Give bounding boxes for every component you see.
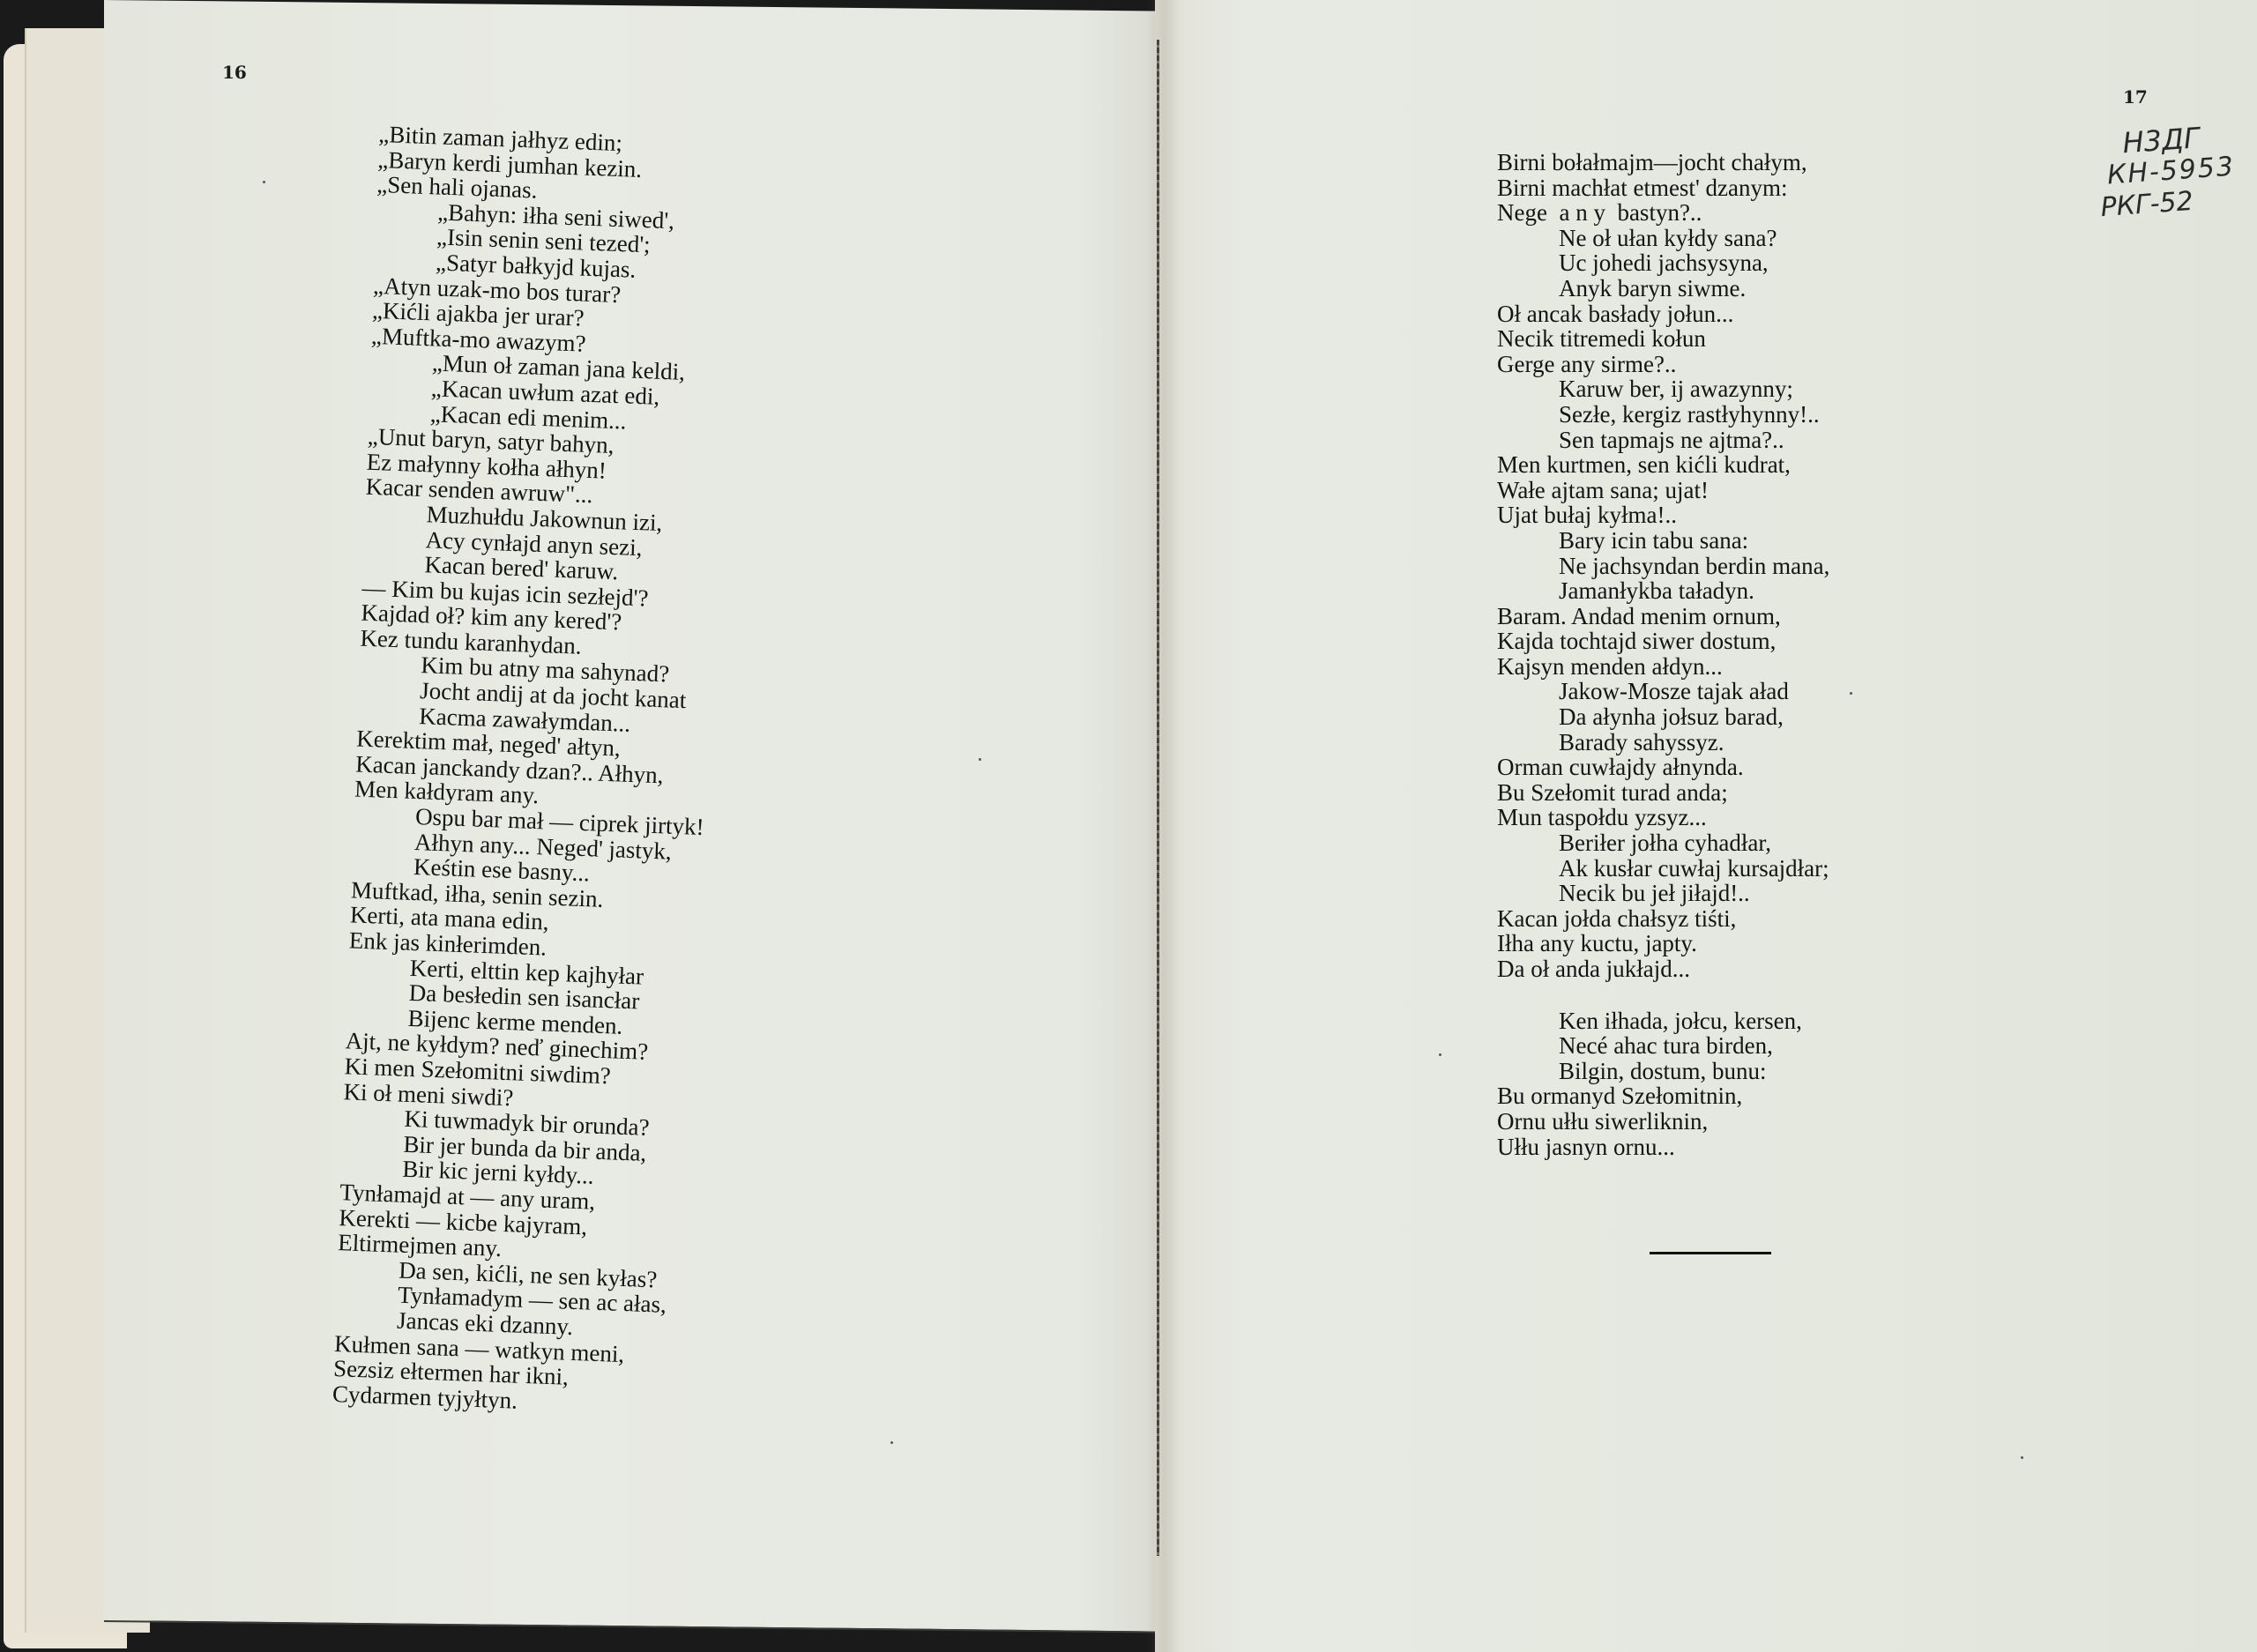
verse-line: Kajsyn menden ałdyn... — [1497, 654, 1991, 680]
verse-line: Uc johedi jachsysyna, — [1497, 250, 1991, 276]
paper-speck — [1439, 1053, 1441, 1056]
verse-line: Jakow-Mosze tajak aład — [1497, 679, 1991, 704]
end-of-poem-rule — [1650, 1252, 1771, 1254]
verse-line: Birni machłat etmest' dzanym: — [1497, 175, 1991, 201]
left-page-verse: „Bitin zaman jałhyz edin;„Baryn kerdi ju… — [332, 122, 873, 1425]
book-gutter-stitching — [1157, 40, 1159, 1556]
right-page-verse: Birni bołałmajm—jocht chałym,Birni machł… — [1497, 150, 1991, 1159]
verse-line: Mun taspołdu yzsyz... — [1497, 805, 1991, 830]
paper-speck — [2021, 1456, 2023, 1459]
page-number-left: 16 — [222, 62, 247, 83]
verse-line: Bu ormanyd Szełomitnin, — [1497, 1083, 1991, 1109]
book-spread: 16 17 „Bitin zaman jałhyz edin;„Baryn ke… — [0, 0, 2257, 1652]
verse-line: Beriłer jołha cyhadłar, — [1497, 830, 1991, 856]
verse-line: Ułłu jasnyn ornu... — [1497, 1135, 1991, 1160]
verse-line: Bu Szełomit turad anda; — [1497, 780, 1991, 806]
verse-line: Kajda tochtajd siwer dostum, — [1497, 629, 1991, 654]
page-number-right: 17 — [2123, 86, 2148, 108]
verse-line: Da oł anda jukłajd... — [1497, 956, 1991, 982]
handwritten-library-annotation: Н3ДГ КН-5953 РКГ-52 — [2095, 118, 2257, 224]
stanza-2: Ken iłhada, jołcu, kersen,Necé ahac tura… — [1497, 1008, 1991, 1160]
verse-line: Ne oł ułan kyłdy sana? — [1497, 226, 1991, 251]
verse-line: Bilgin, dostum, bunu: — [1497, 1059, 1991, 1084]
verse-line: Sen tapmajs ne ajtma?.. — [1497, 428, 1991, 453]
paper-speck — [1850, 692, 1852, 695]
verse-line: Gerge any sirme?.. — [1497, 352, 1991, 377]
paper-speck — [263, 181, 265, 183]
verse-line: Ak kusłar cuwłaj kursajdłar; — [1497, 856, 1991, 882]
verse-line: Baram. Andad menim ornum, — [1497, 604, 1991, 629]
verse-line: Kacan jołda chałsyz tiśti, — [1497, 906, 1991, 932]
verse-line: Wałe ajtam sana; ujat! — [1497, 478, 1991, 503]
verse-line: Da ałynha jołsuz barad, — [1497, 704, 1991, 730]
verse-line: Iłha any kuctu, japty. — [1497, 931, 1991, 956]
stanza-1: Birni bołałmajm—jocht chałym,Birni machł… — [1497, 150, 1991, 982]
verse-line: Necik bu jeł jiłajd!.. — [1497, 881, 1991, 906]
verse-line: Nege a n y bastyn?.. — [1497, 200, 1991, 226]
verse-line: Karuw ber, ij awazynny; — [1497, 376, 1991, 402]
gutter-shadow — [1146, 0, 1181, 1652]
verse-line: Birni bołałmajm—jocht chałym, — [1497, 150, 1991, 175]
verse-line: Ken iłhada, jołcu, kersen, — [1497, 1008, 1991, 1034]
verse-line: Jamanłykba taładyn. — [1497, 578, 1991, 604]
verse-line: Anyk baryn siwme. — [1497, 276, 1991, 301]
paper-speck — [979, 758, 981, 761]
verse-line: Barady sahyssyz. — [1497, 730, 1991, 755]
verse-line: Sezłe, kergiz rastłyhynny!.. — [1497, 402, 1991, 428]
verse-line: Ujat bułaj kyłma!.. — [1497, 502, 1991, 528]
verse-line: Oł ancak basłady jołun... — [1497, 301, 1991, 327]
verse-line: Bary icin tabu sana: — [1497, 528, 1991, 554]
stanza-gap — [1497, 982, 1991, 1008]
verse-line: Ornu ułłu siwerliknin, — [1497, 1109, 1991, 1135]
verse-line: Necik titremedi kołun — [1497, 326, 1991, 352]
paper-speck — [890, 1441, 893, 1444]
verse-line: Necé ahac tura birden, — [1497, 1033, 1991, 1059]
verse-line: Ne jachsyndan berdin mana, — [1497, 554, 1991, 579]
verse-line: Men kurtmen, sen kićli kudrat, — [1497, 452, 1991, 478]
verse-line: Orman cuwłajdy ałnynda. — [1497, 755, 1991, 780]
